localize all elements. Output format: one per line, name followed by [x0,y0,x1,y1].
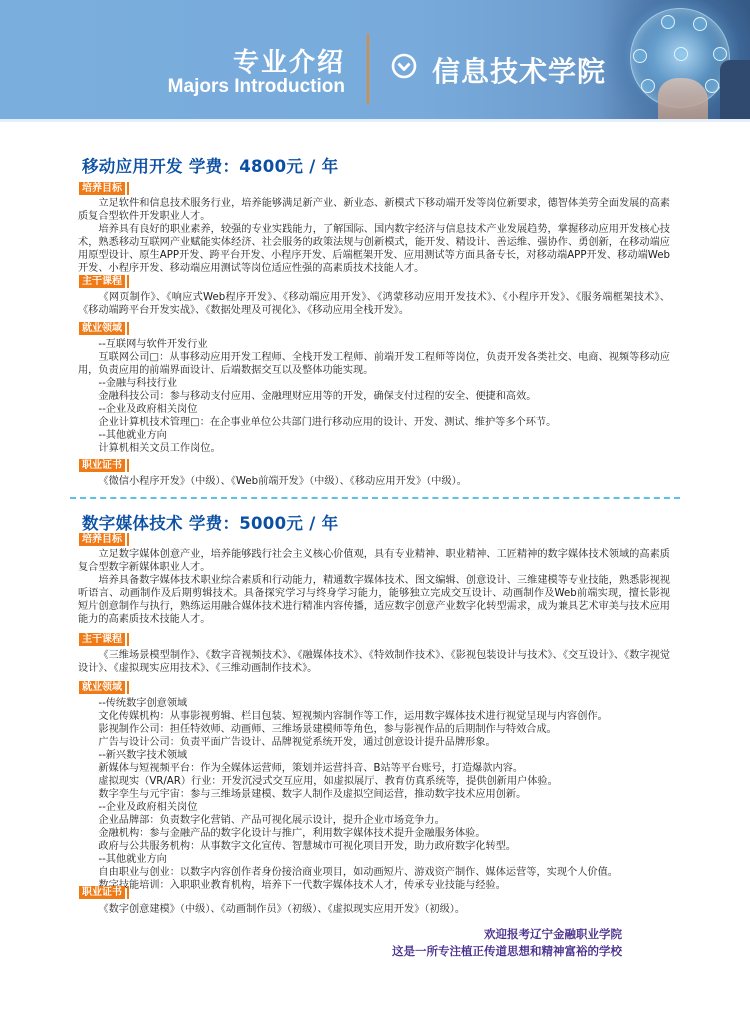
music-icon [661,15,675,29]
section-divider [70,497,680,499]
employment-category: --新兴数字技术领域 [78,749,670,762]
tools-icon [713,47,727,61]
employment-item: 自由职业与创业：以数字内容创作者身份接洽商业项目，如动画短片、游戏资产制作、媒体… [78,866,670,879]
goal-paragraph: 培养具有良好的职业素养，较强的专业实践能力，了解国际、国内数字经济与信息技术产业… [78,223,670,275]
employment-category: --企业及政府相关岗位 [78,403,670,416]
employment-category: --企业及政府相关岗位 [78,801,670,814]
employment-item: 影视制作公司：担任特效师、动画师、三维场景建模师等角色，参与影视作品的后期制作与… [78,723,670,736]
employment-text: --互联网与软件开发行业 互联网公司□：从事移动应用开发工程师、全栈开发工程师、… [78,338,670,455]
employment-text: --传统数字创意领域 文化传媒机构：从事影视剪辑、栏目包装、短视频内容制作等工作… [78,697,670,892]
phone-icon [705,79,719,93]
calendar-icon [693,17,707,31]
goal-paragraph: 立足数字媒体创意产业，培养能够践行社会主义核心价值观，具有专业精神、职业精神、工… [78,548,670,574]
employment-item: 金融机构：参与金融产品的数字化设计与推广，利用数字媒体技术提升金融服务体验。 [78,827,670,840]
school-name: 信息技术学院 [432,50,606,90]
employment-item: 广告与设计公司：负责平面广告设计、品牌视觉系统开发，通过创意设计提升品牌形象。 [78,736,670,749]
courses-list: 《网页制作》、《响应式Web程序开发》、《移动端应用开发》、《鸿蒙移动应用开发技… [78,291,670,317]
goal-paragraph: 立足软件和信息技术服务行业，培养能够满足新产业、新业态、新模式下移动端开发等岗位… [78,197,670,223]
certificates-text: 《数字创意建模》（中级）、《动画制作员》（初级）、《虚拟现实应用开发》（初级）。 [78,903,670,916]
section-tag-certificates: 职业证书 [79,459,125,472]
courses-text: 《网页制作》、《响应式Web程序开发》、《移动端应用开发》、《鸿蒙移动应用开发技… [78,291,670,317]
section-tag-courses: 主干课程 [79,633,125,646]
certificates-text: 《微信小程序开发》（中级）、《Web前端开发》（中级）、《移动应用开发》（中级）… [78,475,670,488]
tech-globe-illustration [600,0,750,122]
footer-welcome: 欢迎报考辽宁金融职业学院 [392,926,622,943]
courses-text: 《三维场景模型制作》、《数字音视频技术》、《融媒体技术》、《特效制作技术》、《影… [78,649,670,675]
web-icon [674,47,688,61]
page-title: 专业介绍 [223,42,345,79]
employment-item: 数字技能培训：入职职业教育机构，培养下一代数字媒体技术人才，传承专业技能与经验。 [78,879,670,892]
employment-item: 企业计算机技术管理□：在企事业单位公共部门进行移动应用的设计、开发、测试、维护等… [78,416,670,429]
employment-item: 计算机相关文员工作岗位。 [78,442,670,455]
employment-category: --互联网与软件开发行业 [78,338,670,351]
header-banner: 专业介绍 Majors Introduction 信息技术学院 [0,0,750,122]
employment-category: --其他就业方向 [78,429,670,442]
goal-paragraph: 培养具备数字媒体技术职业综合素质和行动能力，精通数字媒体技术、图文编辑、创意设计… [78,574,670,626]
check-circle-icon [391,53,417,79]
employment-item: 新媒体与短视频平台：作为全媒体运营师，策划并运营抖音、B站等平台账号，打造爆款内… [78,762,670,775]
page-subtitle: Majors Introduction [140,76,345,98]
gear-icon [633,49,647,63]
section-tag-courses: 主干课程 [79,275,125,288]
employment-item: 文化传媒机构：从事影视剪辑、栏目包装、短视频内容制作等工作，运用数字媒体技术进行… [78,710,670,723]
major-title: 数字媒体技术 学费：5000元 / 年 [82,510,338,534]
major-title: 移动应用开发 学费：4800元 / 年 [82,153,338,177]
goal-text: 立足数字媒体创意产业，培养能够践行社会主义核心价值观，具有专业精神、职业精神、工… [78,548,670,626]
employment-item: 企业品牌部：负责数字化营销、产品可视化展示设计，提升企业市场竞争力。 [78,814,670,827]
employment-item: 互联网公司□：从事移动应用开发工程师、全栈开发工程师、前端开发工程师等岗位，负责… [78,351,670,377]
employment-category: --传统数字创意领域 [78,697,670,710]
courses-list: 《三维场景模型制作》、《数字音视频技术》、《融媒体技术》、《特效制作技术》、《影… [78,649,670,675]
certificates-list: 《数字创意建模》（中级）、《动画制作员》（初级）、《虚拟现实应用开发》（初级）。 [78,903,670,916]
employment-category: --其他就业方向 [78,853,670,866]
section-tag-certificates: 职业证书 [79,886,125,899]
employment-item: 数字孪生与元宇宙：参与三维场景建模、数字人制作及虚拟空间运营，推动数字技术应用创… [78,788,670,801]
section-tag-employment: 就业领域 [79,681,125,694]
employment-item: 虚拟现实（VR/AR）行业：开发沉浸式交互应用，如虚拟展厅、教育仿真系统等，提供… [78,775,670,788]
employment-item: 金融科技公司：参与移动支付应用、金融理财应用等的开发，确保支付过程的安全、便捷和… [78,390,670,403]
header-divider [367,34,369,104]
certificates-list: 《微信小程序开发》（中级）、《Web前端开发》（中级）、《移动应用开发》（中级）… [78,475,670,488]
section-tag-goal: 培养目标 [79,182,125,195]
footer-motto: 这是一所专注植正传道思想和精神富裕的学校 [392,943,622,960]
hand-image [658,78,708,122]
sleeve-image [720,60,750,122]
chat-icon [641,79,655,93]
section-tag-goal: 培养目标 [79,533,125,546]
employment-category: --金融与科技行业 [78,377,670,390]
goal-text: 立足软件和信息技术服务行业，培养能够满足新产业、新业态、新模式下移动端开发等岗位… [78,197,670,275]
section-tag-employment: 就业领域 [79,322,125,335]
employment-item: 政府与公共服务机构：从事数字文化宣传、智慧城市可视化项目开发，助力政府数字化转型… [78,840,670,853]
footer-slogan: 欢迎报考辽宁金融职业学院 这是一所专注植正传道思想和精神富裕的学校 [392,926,622,960]
